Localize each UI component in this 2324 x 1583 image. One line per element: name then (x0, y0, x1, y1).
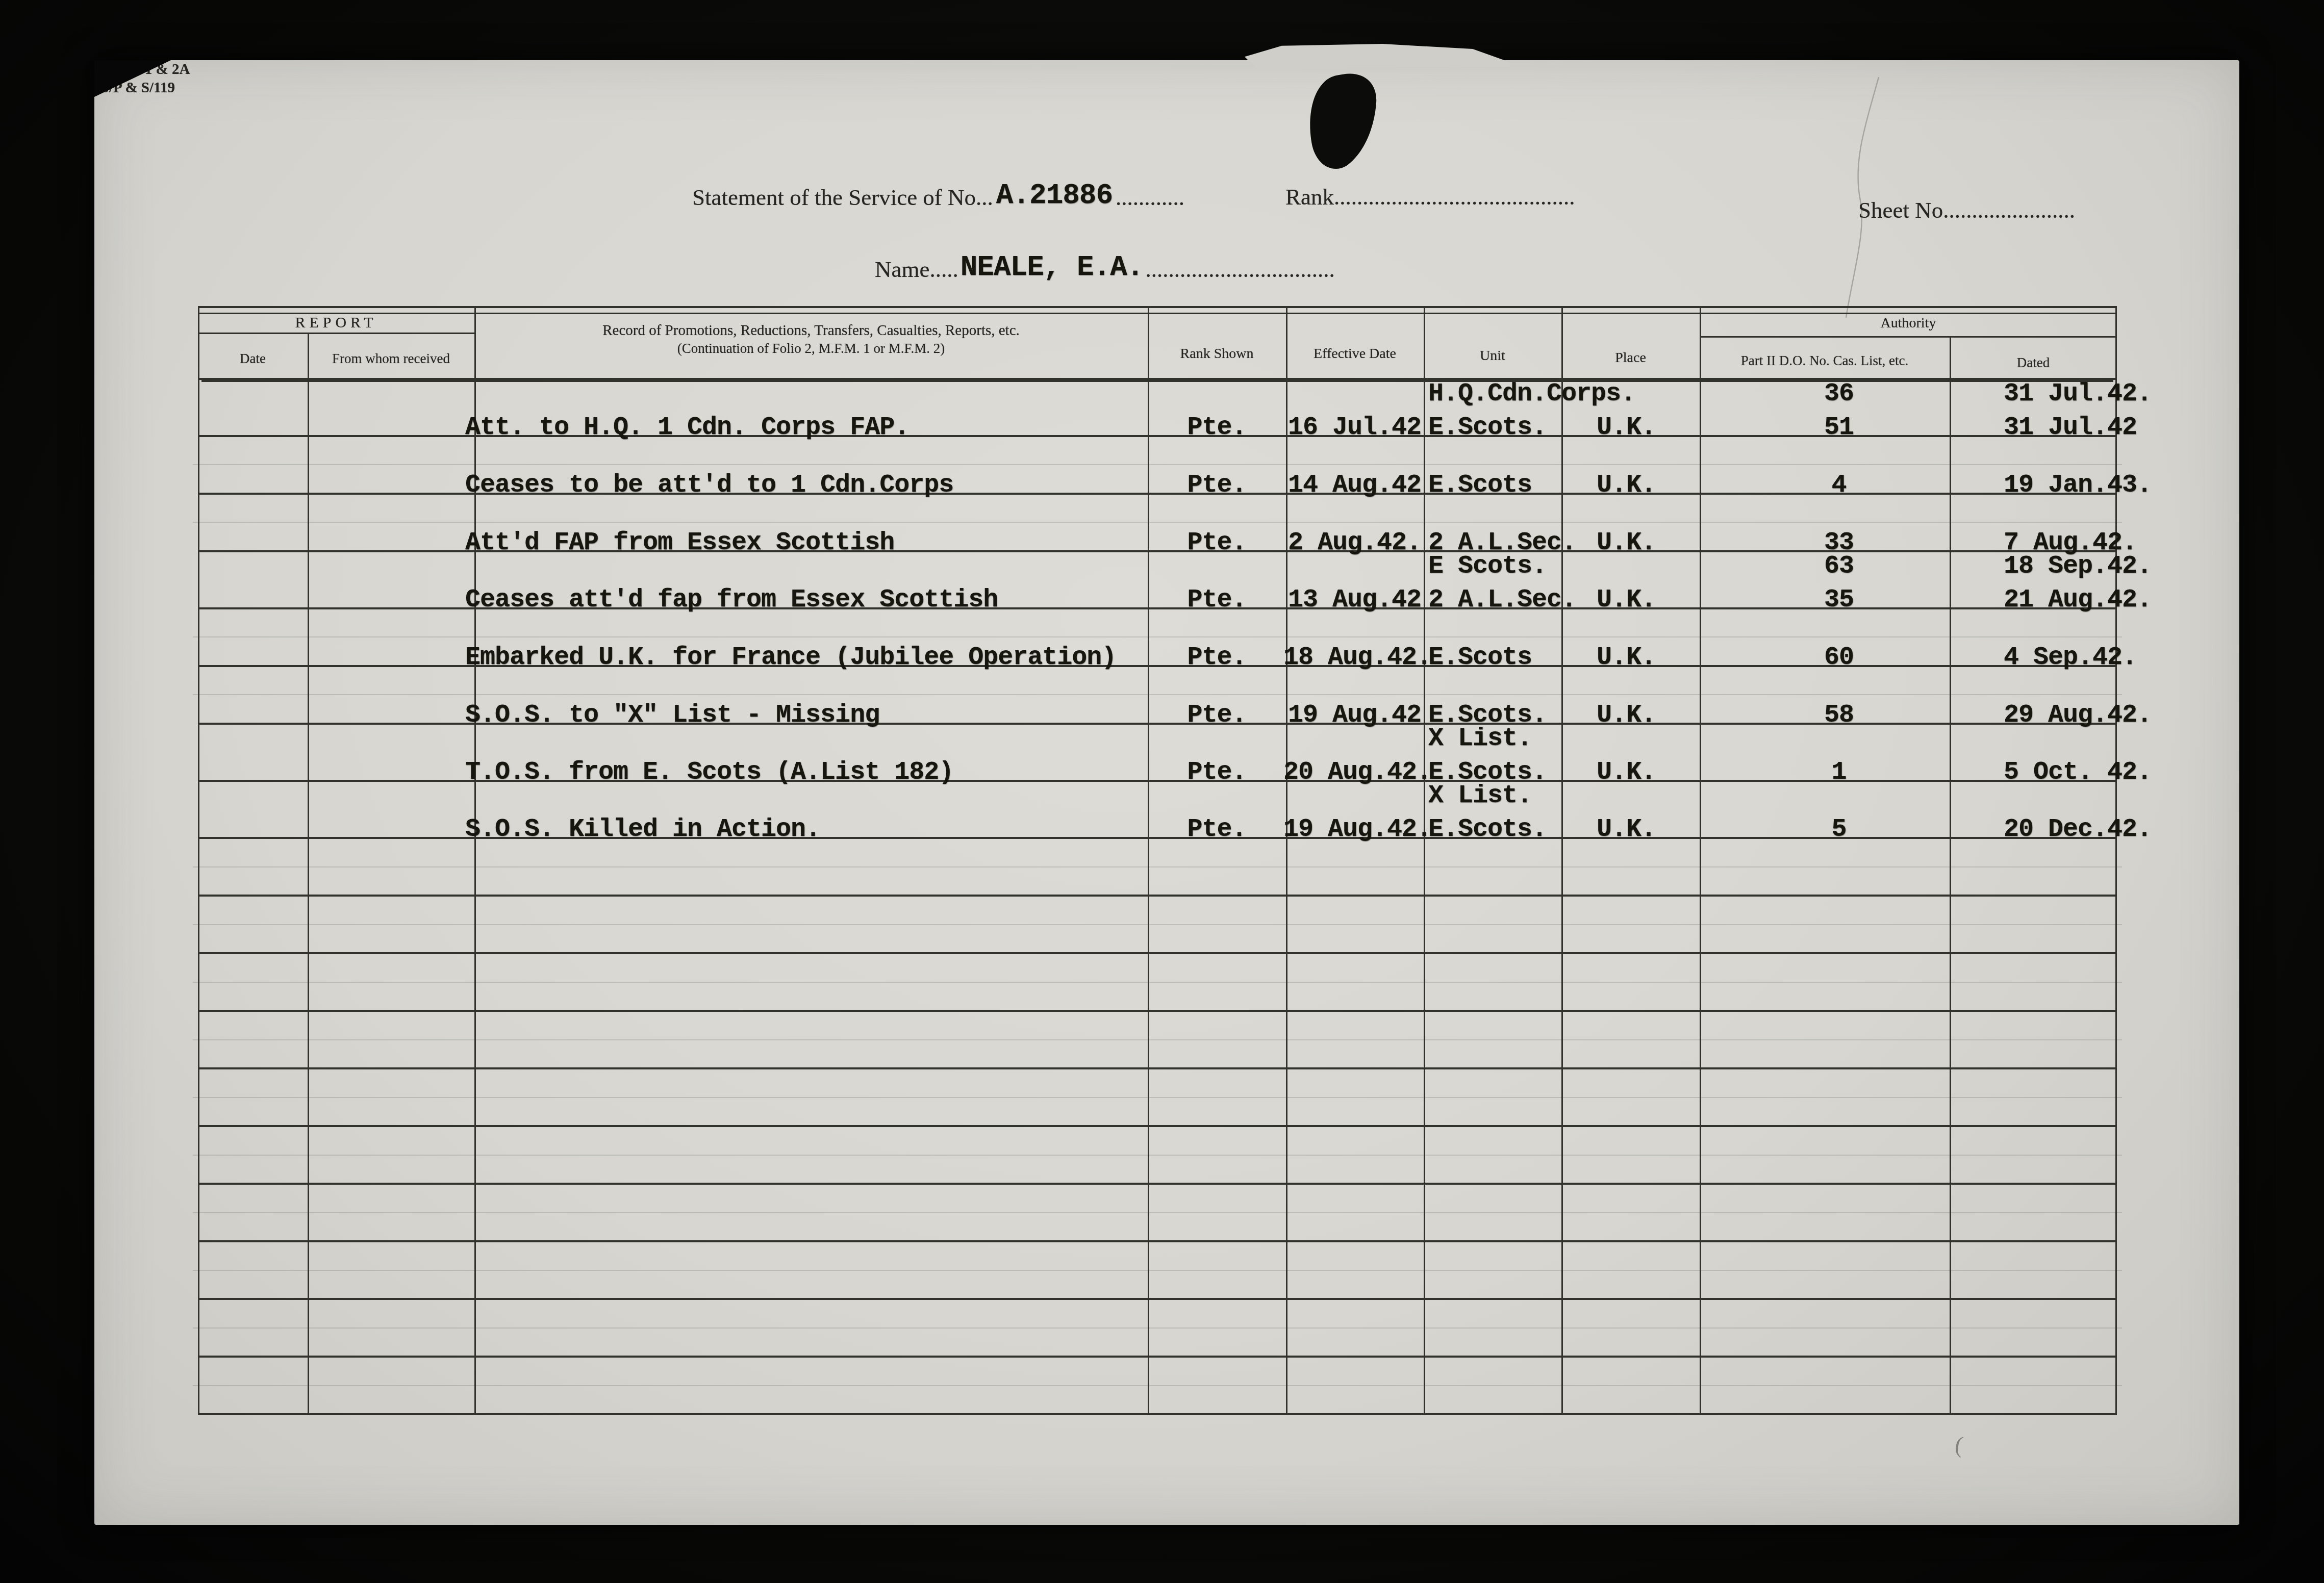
cell-rank: Pte. (1148, 413, 1286, 442)
cell-unit: X List. (1428, 724, 1532, 753)
cell-auth: 51 (1700, 413, 1950, 442)
cell-dated: 31 Jul.42. (2004, 379, 2152, 408)
col-header-record-line2: (Continuation of Folio 2, M.F.M. 1 or M.… (474, 341, 1148, 356)
faint-rule (193, 982, 2122, 983)
empty-row (198, 839, 2117, 897)
cell-record: Embarked U.K. for France (Jubilee Operat… (465, 643, 1116, 672)
faint-rule (193, 924, 2122, 925)
form-reference: M.F.M. 1 & 2A 40/P & S/119 (94, 60, 2239, 97)
faint-rule (193, 1039, 2122, 1040)
statement-label: Statement of the Service of No... (692, 184, 993, 211)
cell-auth: 36 (1700, 379, 1950, 408)
col-header-authority: Authority (1700, 315, 2117, 331)
cell-dated: 19 Jan.43. (2004, 471, 2152, 500)
cell-record: S.O.S. to "X" List - Missing (465, 701, 879, 730)
faint-rule (193, 1097, 2122, 1098)
faint-rule (193, 1327, 2122, 1329)
name-value: NEALE, E.A. (961, 251, 1144, 284)
table-body: H.Q.Cdn.Corps.3631 Jul.42.Att. to H.Q. 1… (198, 380, 2117, 1415)
cell-eff: 20 Aug.42. (1283, 758, 1421, 787)
rank-label: Rank....................................… (1285, 184, 1575, 210)
statement-dots: ............ (1116, 184, 1184, 211)
table-row: Ceases att'd fap from Essex ScottishPte.… (198, 581, 2117, 609)
divider-date-from (308, 333, 309, 1415)
col-header-from-whom: From whom received (308, 351, 474, 367)
cell-record: Att. to H.Q. 1 Cdn. Corps FAP. (465, 413, 909, 442)
empty-row (198, 1012, 2117, 1069)
col-header-dated: Dated (1950, 355, 2117, 371)
rank-line: Rank....................................… (1285, 184, 1575, 210)
cell-auth: 4 (1700, 471, 1950, 500)
torn-paper-flap (1245, 44, 1510, 67)
cell-place: U.K. (1597, 471, 1656, 500)
cell-auth: 5 (1700, 815, 1950, 844)
cell-eff: 19 Aug.42. (1283, 815, 1421, 844)
cell-record: S.O.S. Killed in Action. (465, 815, 820, 844)
empty-row (198, 1300, 2117, 1358)
name-dots: ................................. (1145, 256, 1334, 283)
name-line: Name.....NEALE, E.A.....................… (875, 253, 1335, 286)
faint-rule (193, 694, 2122, 695)
col-header-unit: Unit (1424, 348, 1561, 364)
empty-row (198, 1069, 2117, 1127)
cell-place: U.K. (1597, 585, 1656, 615)
faint-rule (193, 1155, 2122, 1156)
cell-eff: 2 Aug.42. (1283, 528, 1421, 557)
cell-auth: 58 (1700, 701, 1950, 730)
cell-rank: Pte. (1148, 815, 1286, 844)
divider-unit-place (1561, 308, 1563, 1415)
cell-unit: X List. (1428, 781, 1532, 810)
cell-record: T.O.S. from E. Scots (A.List 182) (465, 758, 953, 787)
cell-auth: 63 (1700, 552, 1950, 581)
pencil-mark: ( (1953, 1431, 1965, 1459)
table-row: Ceases to be att'd to 1 Cdn.CorpsPte.14 … (198, 466, 2117, 495)
divider-effective-unit (1424, 308, 1425, 1415)
table-row: S.O.S. to "X" List - MissingPte.19 Aug.4… (198, 696, 2117, 725)
table-row: S.O.S. Killed in Action.Pte.19 Aug.42.E.… (198, 810, 2117, 839)
col-header-record-line1: Record of Promotions, Reductions, Transf… (474, 322, 1148, 339)
cell-eff: 14 Aug.42 (1283, 471, 1421, 500)
cell-unit: H.Q.Cdn.Corps. (1428, 379, 1635, 408)
cell-auth: 60 (1700, 643, 1950, 672)
cell-rank: Pte. (1148, 643, 1286, 672)
cell-dated: 5 Oct. 42. (2004, 758, 2152, 787)
cell-place: U.K. (1597, 413, 1656, 442)
cell-unit: E.Scots (1428, 471, 1532, 500)
form-ref-line1: M.F.M. 1 & 2A (94, 60, 2239, 79)
empty-row (198, 954, 2117, 1012)
col-header-date: Date (198, 351, 308, 367)
statement-of-service-line: Statement of the Service of No...A.21886… (692, 181, 1184, 214)
faint-rule (193, 464, 2122, 465)
faint-rule (193, 1385, 2122, 1386)
cell-eff: 19 Aug.42 (1283, 701, 1421, 730)
cell-rank: Pte. (1148, 758, 1286, 787)
cell-eff: 13 Aug.42 (1283, 585, 1421, 615)
cell-unit: E Scots. (1428, 552, 1547, 581)
scanned-document-stage: Statement of the Service of No...A.21886… (0, 0, 2324, 1583)
cell-eff: 16 Jul.42 (1283, 413, 1421, 442)
cell-rank: Pte. (1148, 701, 1286, 730)
cell-dated: 29 Aug.42. (2004, 701, 2152, 730)
cell-unit: E.Scots. (1428, 815, 1547, 844)
faint-rule (193, 522, 2122, 523)
cell-rank: Pte. (1148, 471, 1286, 500)
cell-dated: 31 Jul.42 (2004, 413, 2137, 442)
cell-record: Ceases to be att'd to 1 Cdn.Corps (465, 471, 953, 500)
cell-dated: 18 Sep.42. (2004, 552, 2152, 581)
faint-rule (193, 1270, 2122, 1271)
empty-row (198, 1185, 2117, 1242)
cell-unit: E.Scots. (1428, 413, 1547, 442)
cell-place: U.K. (1597, 758, 1656, 787)
authority-underline (1700, 336, 2115, 338)
cell-dated: 21 Aug.42. (2004, 585, 2152, 615)
faint-rule (193, 866, 2122, 867)
col-header-rank-shown: Rank Shown (1148, 346, 1286, 362)
cell-auth: 35 (1700, 585, 1950, 615)
empty-row (198, 1358, 2117, 1415)
cell-place: U.K. (1597, 528, 1656, 557)
cell-dated: 4 Sep.42. (2004, 643, 2137, 672)
cell-record: Ceases att'd fap from Essex Scottish (465, 585, 998, 615)
cell-place: U.K. (1597, 643, 1656, 672)
empty-row (198, 1127, 2117, 1185)
col-header-part2-do: Part II D.O. No. Cas. List, etc. (1700, 353, 1950, 369)
service-number: A.21886 (996, 179, 1113, 212)
col-header-place: Place (1561, 350, 1700, 366)
table-row: Att. to H.Q. 1 Cdn. Corps FAP.Pte.16 Jul… (198, 408, 2117, 437)
table-row: Embarked U.K. for France (Jubilee Operat… (198, 639, 2117, 667)
cell-place: U.K. (1597, 701, 1656, 730)
table-row: T.O.S. from E. Scots (A.List 182)Pte.20 … (198, 753, 2117, 782)
cell-unit: E.Scots (1428, 643, 1532, 672)
cell-unit: 2 A.L.Sec. (1428, 585, 1576, 615)
table-header: REPORT Date From whom received Record of… (198, 308, 2117, 380)
cell-dated: 20 Dec.42. (2004, 815, 2152, 844)
table-row-note: H.Q.Cdn.Corps.3631 Jul.42. (198, 380, 2117, 408)
cell-record: Att'd FAP from Essex Scottish (465, 528, 894, 557)
col-header-report: REPORT (198, 314, 474, 332)
paper-sheet: Statement of the Service of No...A.21886… (94, 60, 2239, 1525)
ink-blot (1302, 69, 1384, 176)
empty-row (198, 897, 2117, 954)
report-underline (198, 333, 476, 334)
empty-row (198, 1242, 2117, 1300)
col-header-effective-date: Effective Date (1286, 346, 1424, 362)
sheet-number-line: Sheet No....................... (1858, 197, 2075, 223)
cell-rank: Pte. (1148, 528, 1286, 557)
faint-rule (193, 1212, 2122, 1213)
cell-place: U.K. (1597, 815, 1656, 844)
sheet-label: Sheet No....................... (1858, 197, 2075, 223)
divider-part2-dated (1950, 338, 1951, 1415)
table-row: Att'd FAP from Essex ScottishPte.2 Aug.4… (198, 524, 2117, 552)
cell-rank: Pte. (1148, 585, 1286, 615)
service-table: REPORT Date From whom received Record of… (198, 306, 2117, 1415)
form-ref-line2: 40/P & S/119 (94, 79, 2239, 97)
table-left-border (198, 308, 199, 1415)
cell-eff: 18 Aug.42. (1283, 643, 1421, 672)
faint-rule (193, 636, 2122, 637)
name-label: Name..... (875, 256, 958, 283)
cell-auth: 1 (1700, 758, 1950, 787)
